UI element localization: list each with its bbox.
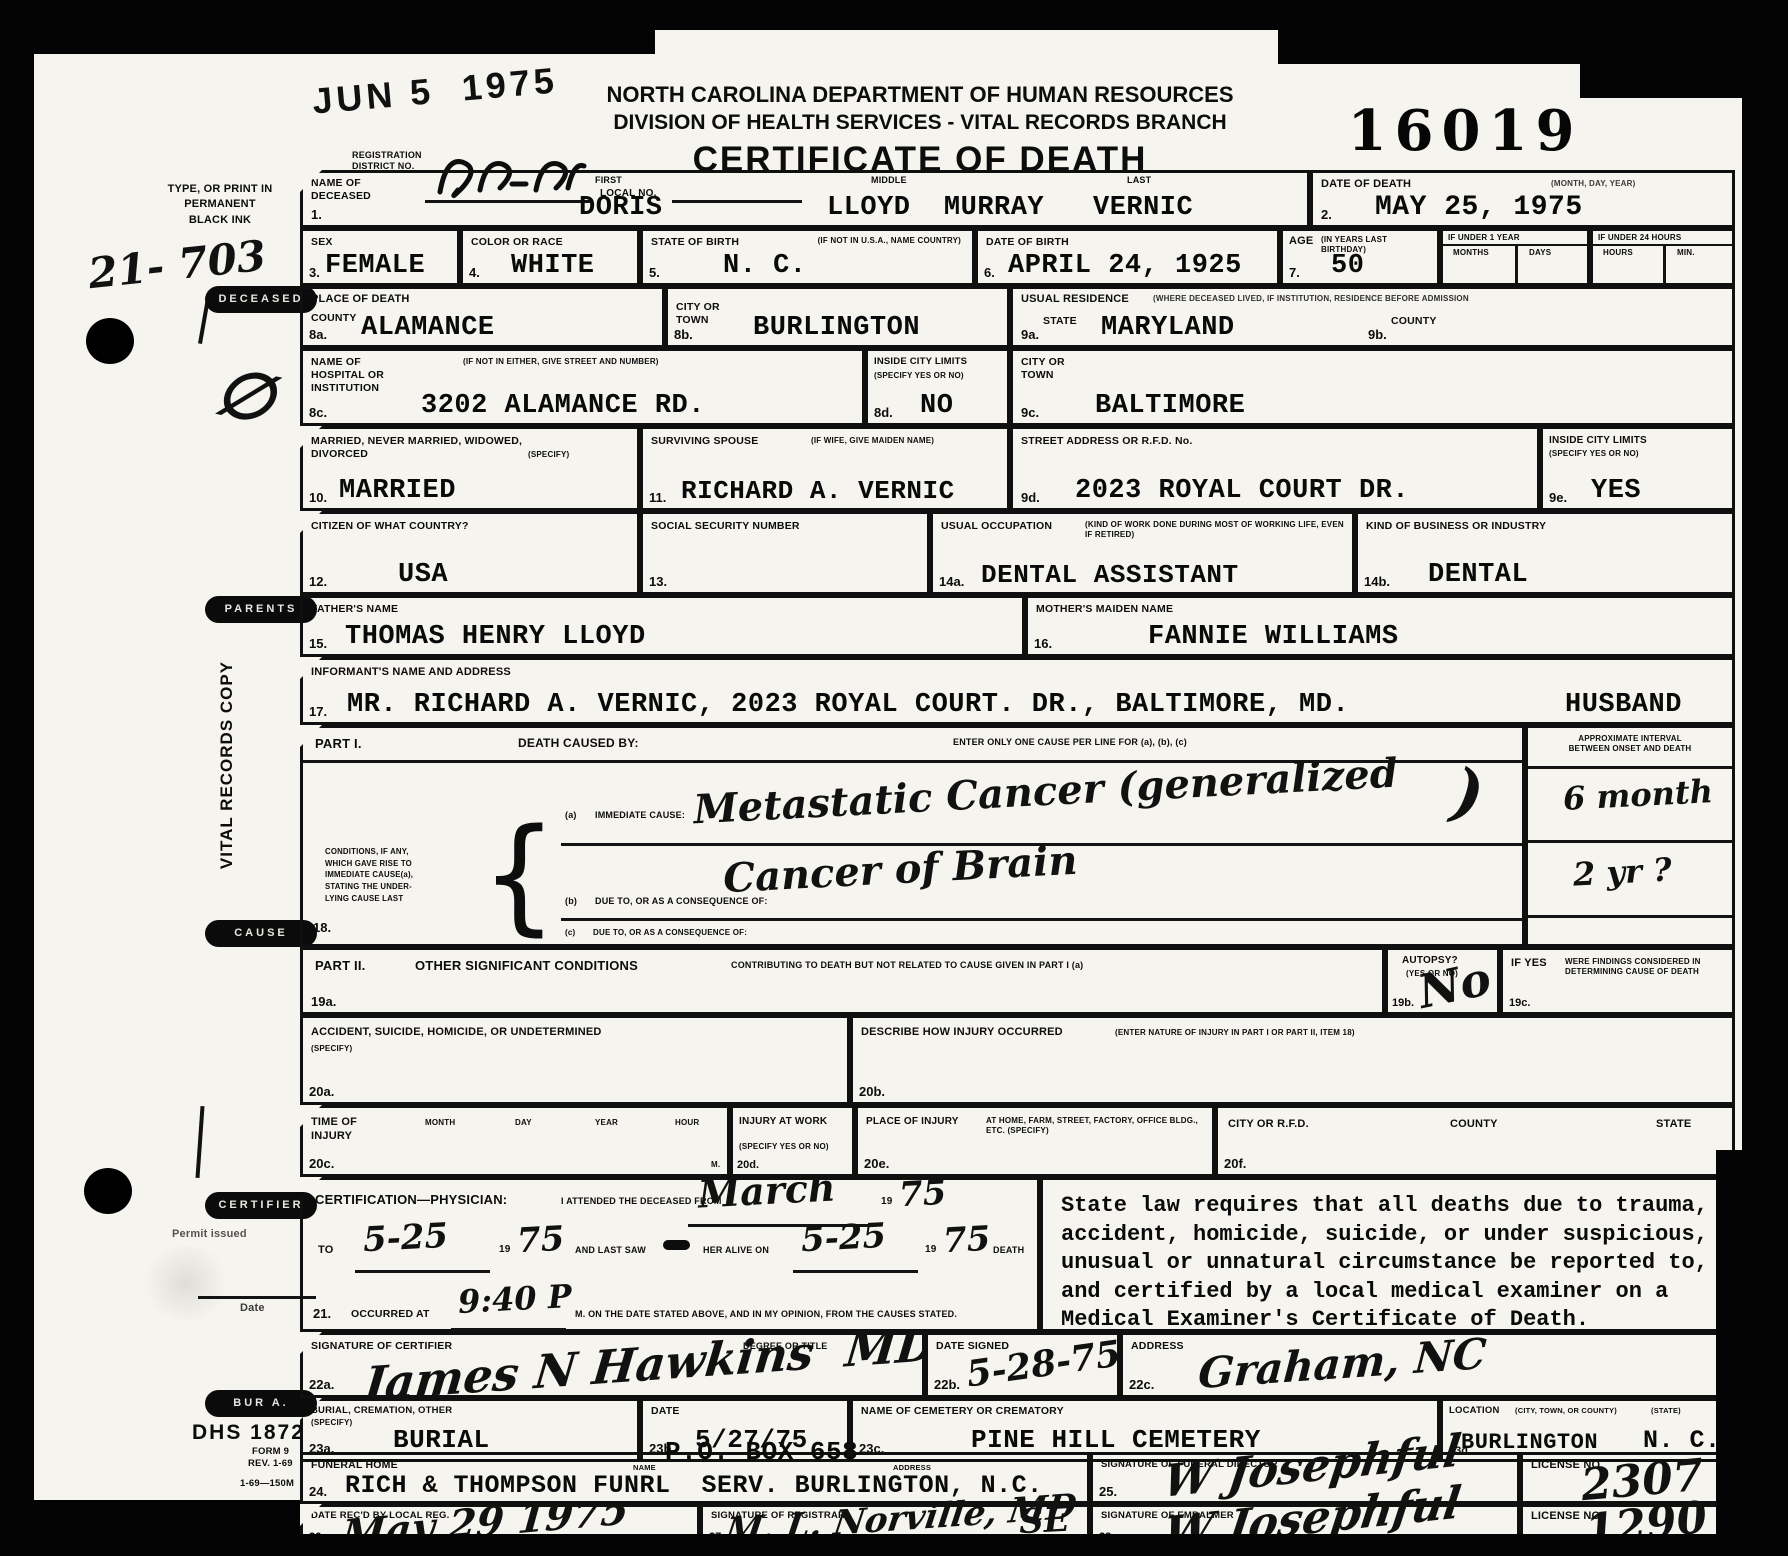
field-label: CITY OR TOWN: [1021, 356, 1065, 382]
last-saw-label: AND LAST SAW: [575, 1245, 646, 1256]
field-label: KIND OF BUSINESS OR INDUSTRY: [1366, 520, 1546, 533]
field-sublabel: (IF NOT IN EITHER, GIVE STREET AND NUMBE…: [463, 357, 659, 367]
value-interval-a-handwritten: 6 month: [1562, 772, 1714, 818]
printed-19: 19: [499, 1244, 511, 1257]
field-number: 2.: [1321, 207, 1332, 222]
field-label: CITIZEN OF WHAT COUNTRY?: [311, 520, 469, 533]
field-number: 24.: [309, 1484, 327, 1499]
value-inside-city-limits: YES: [1591, 476, 1641, 506]
field-occupation: USUAL OCCUPATION (KIND OF WORK DONE DURI…: [930, 511, 1355, 595]
field-number: 6.: [984, 265, 995, 280]
field-number: 4.: [469, 265, 480, 280]
value-last-saw-date-handwritten: 5-25: [800, 1216, 887, 1260]
underline: [793, 1270, 918, 1273]
field-date-of-birth: DATE OF BIRTH 6. APRIL 24, 1925: [975, 228, 1280, 286]
value-middle-name: LLOYD MURRAY: [827, 193, 1044, 223]
field-number: 10.: [309, 490, 327, 505]
field-number: 15.: [309, 636, 327, 651]
field-hospital: NAME OF HOSPITAL OR INSTITUTION (IF NOT …: [300, 348, 865, 426]
field-label: USUAL RESIDENCE: [1021, 293, 1129, 307]
field-label: INJURY AT WORK: [739, 1116, 851, 1129]
field-sex: SEX 3. FEMALE: [300, 228, 460, 286]
field-label: BURIAL, CREMATION, OTHER: [311, 1405, 452, 1417]
column-divider: [1663, 245, 1666, 283]
printed-19: 19: [925, 1244, 937, 1257]
value-last-name: VERNIC: [1093, 193, 1193, 223]
sublabel-county: COUNTY: [1391, 315, 1437, 328]
sublabel-last: LAST: [1127, 175, 1151, 186]
value-hospital: 3202 ALAMANCE RD.: [421, 391, 705, 421]
field-sublabel: (IF NOT IN U.S.A., NAME COUNTRY): [771, 236, 961, 246]
line-a-label: (a): [565, 810, 577, 821]
field-label: MOTHER'S MAIDEN NAME: [1036, 603, 1173, 616]
field-social-security: SOCIAL SECURITY NUMBER 13.: [640, 511, 930, 595]
field-citizen-of: CITIZEN OF WHAT COUNTRY? 12. USA: [300, 511, 640, 595]
field-label: TIME OF INJURY: [311, 1116, 357, 1144]
field-label: IF UNDER 1 YEAR: [1448, 233, 1520, 243]
field-number: 7.: [1289, 265, 1300, 280]
form-no: FORM 9: [252, 1446, 289, 1458]
field-business-industry: KIND OF BUSINESS OR INDUSTRY 14b. DENTAL: [1355, 511, 1735, 595]
field-usual-residence: USUAL RESIDENCE (WHERE DECEASED LIVED, I…: [1010, 286, 1735, 348]
field-number: 9b.: [1368, 327, 1387, 342]
scan-black-strip-left: [0, 0, 34, 1556]
if-yes-label: IF YES: [1511, 957, 1547, 971]
field-sublabel: (MONTH, DAY, YEAR): [1551, 179, 1636, 189]
value-race: WHITE: [511, 251, 595, 281]
field-label: STREET ADDRESS OR R.F.D. No.: [1021, 435, 1192, 448]
value-po-box: P.O. BOX 658: [665, 1437, 858, 1467]
field-number: 5.: [649, 265, 660, 280]
field-number: 19a.: [311, 994, 336, 1009]
certification-label: CERTIFICATION—PHYSICIAN:: [315, 1192, 507, 1208]
medical-examiner-notice: State law requires that all deaths due t…: [1040, 1177, 1735, 1332]
field-sublabel: (SPECIFY): [528, 450, 569, 460]
value-informant: MR. RICHARD A. VERNIC, 2023 ROYAL COURT.…: [347, 690, 1349, 720]
punch-hole: [84, 1168, 132, 1214]
field-label: DESCRIBE HOW INJURY OCCURRED: [861, 1026, 1063, 1040]
divider: [1528, 766, 1732, 769]
form-print-code: 1-69—150M: [240, 1478, 294, 1490]
permit-issued-label: Permit issued: [172, 1228, 247, 1242]
sublabel-state: STATE: [1656, 1118, 1691, 1132]
line-c-label: (c): [565, 928, 575, 938]
value-to-date-handwritten: 5-25: [362, 1216, 449, 1260]
field-state-of-birth: STATE OF BIRTH (IF NOT IN U.S.A., NAME C…: [640, 228, 975, 286]
field-label: APPROXIMATE INTERVAL BETWEEN ONSET AND D…: [1528, 734, 1732, 754]
field-number: 14a.: [939, 574, 964, 589]
value-state-of-birth: N. C.: [723, 251, 807, 281]
line-b-label: (b): [565, 896, 577, 907]
section-cause-of-death-part1: PART I. DEATH CAUSED BY: ENTER ONLY ONE …: [300, 725, 1525, 947]
field-label: STATE OF BIRTH: [651, 236, 739, 249]
value-certifier-address-handwritten: Graham, NC: [1197, 1329, 1488, 1398]
field-number: 8c.: [309, 405, 327, 420]
field-number: 22c.: [1129, 1377, 1154, 1392]
registration-district-label: REGISTRATION DISTRICT NO.: [352, 150, 422, 173]
value-father: THOMAS HENRY LLOYD: [345, 622, 646, 652]
field-name-of-deceased: NAME OF DECEASED FIRST MIDDLE LAST 1. DO…: [300, 170, 1310, 228]
field-number: 3.: [309, 265, 320, 280]
immediate-cause-label: IMMEDIATE CAUSE:: [595, 810, 685, 821]
state-law-text: State law requires that all deaths due t…: [1061, 1192, 1721, 1335]
value-year-handwritten: 75: [516, 1219, 565, 1261]
part1-label: PART I.: [315, 736, 362, 752]
value-county: ALAMANCE: [361, 313, 495, 343]
sublabel-min: MIN.: [1677, 248, 1695, 258]
field-label: INFORMANT'S NAME AND ADDRESS: [311, 666, 511, 680]
value-date-of-birth: APRIL 24, 1925: [1008, 251, 1242, 281]
vital-records-copy-label: VITAL RECORDS COPY: [217, 640, 243, 890]
department-name: NORTH CAROLINA DEPARTMENT OF HUMAN RESOU…: [560, 82, 1280, 108]
value-residence-city: BALTIMORE: [1095, 391, 1245, 421]
value-inside-city-limits: NO: [920, 391, 953, 421]
field-label: NAME OF HOSPITAL OR INSTITUTION: [311, 356, 384, 395]
sublabel-days: DAYS: [1529, 248, 1551, 258]
field-number: 18.: [313, 920, 331, 935]
him-redacted: HIM: [663, 1240, 690, 1250]
field-number: 12.: [309, 574, 327, 589]
field-findings-considered: IF YES WERE FINDINGS CONSIDERED IN DETER…: [1500, 947, 1735, 1015]
value-residence-state: MARYLAND: [1101, 313, 1235, 343]
field-color-or-race: COLOR OR RACE 4. WHITE: [460, 228, 640, 286]
value-year-handwritten: 75: [898, 1173, 947, 1215]
m-label: M.: [711, 1160, 720, 1170]
brace-glyph: {: [481, 813, 557, 939]
conditions-note: CONDITIONS, IF ANY, WHICH GAVE RISE TO I…: [325, 846, 413, 904]
permit-date-label: Date: [240, 1302, 265, 1316]
field-surviving-spouse: SURVIVING SPOUSE (IF WIFE, GIVE MAIDEN N…: [640, 426, 1010, 511]
due-to-label: DUE TO, OR AS A CONSEQUENCE OF:: [593, 928, 747, 938]
death-caused-by-label: DEATH CAUSED BY:: [518, 736, 639, 751]
field-sublabel: (IF WIFE, GIVE MAIDEN NAME): [811, 436, 934, 446]
row-divider: [1593, 244, 1732, 246]
place-of-death-label: PLACE OF DEATH: [311, 293, 410, 307]
value-occupation: DENTAL ASSISTANT: [981, 560, 1239, 590]
field-note: CONTRIBUTING TO DEATH BUT NOT RELATED TO…: [731, 960, 1083, 971]
field-inside-city-limits-9e: INSIDE CITY LIMITS (SPECIFY YES OR NO) 9…: [1540, 426, 1735, 511]
line-b-rule: [561, 918, 1523, 921]
field-number: 20b.: [859, 1084, 885, 1099]
field-mothers-maiden-name: MOTHER'S MAIDEN NAME 16. FANNIE WILLIAMS: [1025, 595, 1735, 657]
field-label: NAME OF DECEASED: [311, 177, 371, 203]
value-burial: BURIAL: [393, 1425, 490, 1455]
scanned-death-certificate: { "stamp": { "text": "JUN 5 1975" }, "re…: [0, 0, 1788, 1556]
field-label: INSIDE CITY LIMITS: [1549, 435, 1647, 448]
field-number: 8d.: [874, 405, 893, 420]
state-sublabel: (STATE): [1651, 1406, 1681, 1415]
field-number: 9d.: [1021, 490, 1040, 505]
field-sublabel: WERE FINDINGS CONSIDERED IN DETERMINING …: [1565, 957, 1730, 977]
field-label: PLACE OF INJURY: [866, 1116, 959, 1129]
handwritten-paren: ): [1448, 754, 1488, 832]
printed-19: 19: [881, 1196, 893, 1209]
field-inside-city-limits-8d: INSIDE CITY LIMITS (SPECIFY YES OR NO) 8…: [865, 348, 1010, 426]
field-label: INSIDE CITY LIMITS: [874, 356, 1004, 368]
form-id: DHS 1872: [192, 1420, 305, 1446]
field-date-of-death: DATE OF DEATH (MONTH, DAY, YEAR) 2. MAY …: [1310, 170, 1735, 228]
causes-stated-label: M. ON THE DATE STATED ABOVE, AND IN MY O…: [575, 1309, 957, 1320]
field-number: 25.: [1099, 1484, 1117, 1499]
field-sublabel: (SPECIFY): [311, 1044, 352, 1054]
field-number: 11.: [649, 490, 666, 505]
value-spouse: RICHARD A. VERNIC: [681, 476, 955, 506]
divider: [1528, 915, 1732, 918]
field-number: 16.: [1034, 636, 1052, 651]
field-label: ACCIDENT, SUICIDE, HOMICIDE, OR UNDETERM…: [311, 1026, 602, 1040]
sublabel-hour: HOUR: [675, 1118, 699, 1128]
field-county-of-death: PLACE OF DEATH COUNTY 8a. ALAMANCE: [300, 286, 665, 348]
field-label: DATE OF DEATH: [1321, 178, 1411, 192]
punch-hole: [86, 318, 134, 364]
field-other-significant-conditions: PART II. OTHER SIGNIFICANT CONDITIONS CO…: [300, 947, 1385, 1015]
field-number: 9c.: [1021, 405, 1039, 420]
field-label: LOCATION: [1449, 1405, 1500, 1417]
field-certification-physician: CERTIFICATION—PHYSICIAN: I ATTENDED THE …: [300, 1177, 1040, 1332]
scan-black-block-bottom-right: [1716, 1150, 1788, 1556]
field-label: SOCIAL SECURITY NUMBER: [651, 520, 800, 533]
field-injury-location: CITY OR R.F.D. COUNTY STATE 20f.: [1215, 1105, 1735, 1177]
field-sublabel: (ENTER NATURE OF INJURY IN PART I OR PAR…: [1115, 1028, 1355, 1038]
field-place-of-injury: PLACE OF INJURY AT HOME, FARM, STREET, F…: [855, 1105, 1215, 1177]
form-rev: REV. 1-69: [248, 1458, 293, 1470]
field-number: 19c.: [1509, 997, 1530, 1009]
field-sublabel: AT HOME, FARM, STREET, FACTORY, OFFICE B…: [986, 1116, 1206, 1136]
field-number: 8a.: [309, 327, 327, 342]
field-number: 20d.: [737, 1159, 759, 1171]
field-number: 22b.: [934, 1377, 960, 1392]
field-marital-status: MARRIED, NEVER MARRIED, WIDOWED, DIVORCE…: [300, 426, 640, 511]
scan-black-block-bottom-left: [0, 1500, 300, 1556]
field-number: 21.: [313, 1306, 331, 1321]
field-street-address: STREET ADDRESS OR R.F.D. No. 9d. 2023 RO…: [1010, 426, 1540, 511]
underline: [451, 1328, 566, 1331]
scan-smudge: [140, 1246, 232, 1320]
sublabel-middle: MIDDLE: [871, 175, 907, 186]
field-time-of-injury: TIME OF INJURY MONTH DAY YEAR HOUR 20c. …: [300, 1105, 730, 1177]
field-label: SIGNATURE OF CERTIFIER: [311, 1340, 452, 1353]
one-cause-note: ENTER ONLY ONE CAUSE PER LINE FOR (a), (…: [953, 737, 1187, 748]
divider: [1528, 840, 1732, 843]
value-business: DENTAL: [1428, 560, 1528, 590]
sublabel-months: MONTHS: [1453, 248, 1489, 258]
death-label: DEATH: [993, 1245, 1024, 1256]
field-sublabel: (SPECIFY YES OR NO): [739, 1142, 851, 1152]
field-if-under-24-hours: IF UNDER 24 HOURS HOURS MIN.: [1590, 228, 1735, 286]
to-label: TO: [318, 1244, 333, 1258]
field-city-of-death: CITY OR TOWN 8b. BURLINGTON: [665, 286, 1010, 348]
field-label: SURVIVING SPOUSE: [651, 435, 758, 448]
field-label: FATHER'S NAME: [311, 603, 398, 616]
field-sublabel: (KIND OF WORK DONE DURING MOST OF WORKIN…: [1085, 520, 1345, 540]
her-alive-label: HER ALIVE ON: [703, 1245, 769, 1256]
field-describe-injury: DESCRIBE HOW INJURY OCCURRED (ENTER NATU…: [850, 1015, 1735, 1105]
pen-stroke: [195, 1106, 204, 1178]
value-first-name: DORIS: [579, 193, 663, 223]
field-number: 20a.: [309, 1084, 334, 1099]
value-date-of-death: MAY 25, 1975: [1375, 192, 1583, 223]
value-sex: FEMALE: [325, 251, 425, 281]
part2-label: PART II.: [315, 958, 365, 974]
received-date-stamp: JUN 5 1975: [311, 59, 560, 122]
field-label: DATE OF BIRTH: [986, 236, 1069, 249]
null-mark-handwritten: ∅: [209, 351, 281, 439]
field-sublabel: (CITY, TOWN, OR COUNTY): [1515, 1406, 1617, 1415]
sublabel-state: STATE: [1043, 315, 1077, 328]
certificate-number: 16019: [1255, 98, 1675, 164]
certificate-sheet: JUN 5 1975 REGISTRATION DISTRICT NO. LOC…: [0, 0, 1788, 1556]
value-marital-status: MARRIED: [339, 476, 456, 506]
field-informant: INFORMANT'S NAME AND ADDRESS 17. MR. RIC…: [300, 657, 1735, 725]
field-number: 8b.: [674, 327, 693, 342]
sublabel-hours: HOURS: [1603, 248, 1633, 258]
underline: [355, 1270, 490, 1273]
field-autopsy: AUTOPSY? (YES OR NO) 19b. No: [1385, 947, 1500, 1015]
permit-date-line: [198, 1296, 316, 1299]
sublabel-first: FIRST: [595, 175, 622, 186]
value-age: 50: [1331, 251, 1364, 281]
field-label: IF UNDER 24 HOURS: [1598, 233, 1681, 243]
field-label: COUNTY: [311, 312, 357, 325]
field-sublabel: (SPECIFY YES OR NO): [1549, 449, 1639, 459]
field-approximate-interval: APPROXIMATE INTERVAL BETWEEN ONSET AND D…: [1525, 725, 1735, 947]
value-mother: FANNIE WILLIAMS: [1148, 622, 1399, 652]
field-accident-suicide-homicide: ACCIDENT, SUICIDE, HOMICIDE, OR UNDETERM…: [300, 1015, 850, 1105]
field-number: 19b.: [1392, 997, 1414, 1009]
value-informant-relation: HUSBAND: [1565, 690, 1682, 720]
column-divider: [1515, 245, 1518, 283]
row-divider: [1443, 244, 1587, 246]
sublabel-month: MONTH: [425, 1118, 455, 1128]
value-citizenship: USA: [398, 560, 448, 590]
value-year-handwritten: 75: [942, 1219, 991, 1261]
value-underlying-cause-handwritten: Cancer of Brain: [722, 837, 1079, 902]
type-print-note: TYPE, OR PRINT IN PERMANENT BLACK INK: [140, 182, 300, 228]
sublabel-city-rfd: CITY OR R.F.D.: [1228, 1118, 1309, 1132]
division-name: DIVISION OF HEALTH SERVICES - VITAL RECO…: [560, 111, 1280, 135]
value-street-address: 2023 ROYAL COURT DR.: [1075, 476, 1409, 506]
field-label: USUAL OCCUPATION: [941, 520, 1052, 533]
field-number: 9a.: [1021, 327, 1039, 342]
field-number: 17.: [309, 704, 327, 719]
field-label: COLOR OR RACE: [471, 236, 563, 249]
value-city: BURLINGTON: [753, 313, 920, 343]
field-age: AGE (IN YEARS LAST BIRTHDAY) 7. 50: [1280, 228, 1440, 286]
field-label: DATE: [651, 1405, 680, 1418]
sublabel-day: DAY: [515, 1118, 532, 1128]
field-number: 9e.: [1549, 490, 1567, 505]
field-number: 20c.: [309, 1156, 334, 1171]
field-number: 13.: [649, 574, 667, 589]
sublabel-county: COUNTY: [1450, 1118, 1498, 1132]
field-label: SEX: [311, 236, 333, 249]
field-date-signed: DATE SIGNED 22b. 5-28-75: [925, 1332, 1120, 1398]
field-residence-city: CITY OR TOWN 9c. BALTIMORE: [1010, 348, 1735, 426]
field-injury-at-work: INJURY AT WORK (SPECIFY YES OR NO) 20d.: [730, 1105, 855, 1177]
field-fathers-name: FATHER'S NAME 15. THOMAS HENRY LLOYD: [300, 595, 1025, 657]
field-number: 14b.: [1364, 574, 1390, 589]
field-sublabel: (SPECIFY): [311, 1418, 352, 1428]
field-label: CITY OR TOWN: [676, 301, 720, 327]
field-label: ADDRESS: [1131, 1340, 1184, 1353]
field-if-under-1-year: IF UNDER 1 YEAR MONTHS DAYS: [1440, 228, 1590, 286]
field-label: AGE: [1289, 235, 1313, 249]
occurred-at-label: OCCURRED AT: [351, 1308, 430, 1321]
field-certifier-address: ADDRESS 22c. Graham, NC: [1120, 1332, 1735, 1398]
field-number: 1.: [311, 207, 322, 222]
field-label: MARRIED, NEVER MARRIED, WIDOWED, DIVORCE…: [311, 435, 556, 461]
field-number: 20e.: [864, 1156, 889, 1171]
value-interval-b-handwritten: 2 yr ?: [1572, 850, 1673, 893]
value-time-of-death-handwritten: 9:40 P: [457, 1277, 573, 1321]
field-number: 20f.: [1224, 1156, 1246, 1171]
field-sublabel: (WHERE DECEASED LIVED, IF INSTITUTION, R…: [1153, 294, 1469, 304]
field-sublabel: (SPECIFY YES OR NO): [874, 371, 1004, 381]
field-label: OTHER SIGNIFICANT CONDITIONS: [415, 958, 638, 974]
field-number: 22a.: [309, 1377, 334, 1392]
field-label: NAME OF CEMETERY OR CREMATORY: [861, 1405, 1064, 1418]
sublabel-year: YEAR: [595, 1118, 618, 1128]
field-signature-of-certifier: SIGNATURE OF CERTIFIER DEGREE OR TITLE 2…: [300, 1332, 925, 1398]
scan-black-strip-top-left: [0, 0, 655, 54]
